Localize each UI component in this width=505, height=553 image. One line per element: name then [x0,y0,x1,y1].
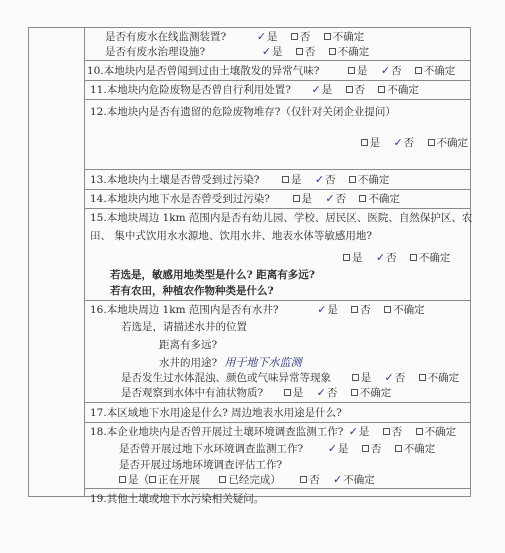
option-no-checked[interactable]: ✓否 [317,386,338,400]
option-unsure[interactable]: 不确定 [384,303,425,317]
row-q11: 11.本地块内危险废物是否曾自行利用处置? ✓是 否 不确定 [85,81,470,100]
option-no[interactable]: 否 [291,30,311,44]
option-unsure[interactable]: 不确定 [324,30,365,44]
checkbox-icon [359,195,366,202]
sub-question: 是否开展过场地环境调查评估工作? [119,458,282,472]
option-yes-checked[interactable]: ✓是 [312,83,333,97]
sub-question: 是否发生过水体混浊、颜色或气味异常等现象 [121,372,331,384]
option-no[interactable]: 否 [296,45,316,59]
checkbox-icon [219,476,226,483]
option-yes-checked[interactable]: ✓是 [349,425,370,439]
row-q10: 10.本地块内是否曾闻到过由土壤散发的异常气味? 是 ✓否 不确定 [85,61,470,81]
checkbox-icon [284,389,291,396]
checkbox-icon [300,476,307,483]
checkbox-icon [351,306,358,313]
checkbox-icon [293,195,300,202]
option-no-checked[interactable]: ✓否 [315,173,336,187]
question-text: 12.本地块内是否有遗留的危险废物堆存?（仅针对关闭企业提问） [90,105,396,119]
sub-question: 若选是，敏感用地类型是什么? 距离有多远? [110,268,315,282]
question-column: 是否有废水在线监测装置? ✓是 否 不确定 是否有废水治理设施? ✓是 否 不确… [85,28,470,496]
question-text: 13.本地块内土壤是否曾受到过污染? [90,174,259,186]
checkbox-icon [119,476,126,483]
checkbox-icon [348,67,355,74]
question-text: 14.本地块内地下水是否曾受到过污染? [90,193,270,205]
check-mark-icon: ✓ [385,371,394,384]
left-label-column [29,28,85,496]
option-no-checked[interactable]: ✓否 [325,192,346,206]
question-text: 田、 集中式饮用水水源地、饮用水井、地表水体等敏感用地? [90,229,372,243]
option-yes[interactable]: 是 [348,64,368,78]
option-no[interactable]: 否 [346,83,366,97]
check-mark-icon: ✓ [381,64,390,77]
question-text: 10.本地块内是否曾闻到过由土壤散发的异常气味? [87,65,319,77]
checkbox-icon [346,86,353,93]
option-unsure[interactable]: 不确定 [349,173,390,187]
option-yes-checked[interactable]: ✓是 [257,30,278,44]
option-no-checked[interactable]: ✓否 [381,64,402,78]
question-text: 17.本区域地下水用途是什么? 周边地表水用途是什么? [90,406,342,420]
row-wastewater: 是否有废水在线监测装置? ✓是 否 不确定 是否有废水治理设施? ✓是 否 不确… [85,28,470,61]
checkbox-icon [291,33,298,40]
checkbox-icon [349,176,356,183]
check-mark-icon: ✓ [328,442,337,455]
row-q18: 18.本企业地块内是否曾开展过土壤环境调查监测工作? ✓是 否 不确定 是否曾开… [85,423,470,489]
checkbox-icon [384,306,391,313]
handwritten-answer[interactable]: 用于地下水监测 [224,356,301,369]
checkbox-icon [282,176,289,183]
option-no[interactable]: 否 [351,303,371,317]
checkbox-icon [416,428,423,435]
check-mark-icon: ✓ [315,173,324,186]
checkbox-icon [415,67,422,74]
option-unsure[interactable]: 不确定 [351,386,392,400]
check-mark-icon: ✓ [317,303,326,316]
option-ongoing[interactable]: 正在开展 [149,473,200,487]
option-yes[interactable]: 是 [293,192,313,206]
check-mark-icon: ✓ [376,251,385,264]
option-yes-checked[interactable]: ✓是 [317,303,338,317]
check-mark-icon: ✓ [317,386,326,399]
row-q13: 13.本地块内土壤是否曾受到过污染? 是 ✓否 不确定 [85,170,470,190]
option-unsure[interactable]: 不确定 [415,64,456,78]
check-mark-icon: ✓ [262,45,271,58]
option-yes[interactable]: 是 [361,136,381,150]
checkbox-icon [296,48,303,55]
sub-question: 若有农田，种植农作物种类是什么? [110,284,274,298]
option-unsure[interactable]: 不确定 [410,251,451,265]
option-unsure[interactable]: 不确定 [419,371,460,385]
question-text: 18.本企业地块内是否曾开展过土壤环境调查监测工作? [90,426,343,438]
option-yes[interactable]: 是 [282,173,302,187]
option-no-checked[interactable]: ✓否 [376,251,397,265]
check-mark-icon: ✓ [349,425,358,438]
checkbox-icon [383,428,390,435]
checkbox-icon [149,476,156,483]
checkbox-icon [361,139,368,146]
checkbox-icon [343,254,350,261]
option-unsure-checked[interactable]: ✓不确定 [333,473,375,487]
sub-question: 若选是，请描述水井的位置 [121,320,247,334]
option-unsure[interactable]: 不确定 [378,83,419,97]
checkbox-icon [352,374,359,381]
row-q19: 19.其他土壤或地下水污染相关疑问。 [85,489,470,498]
sub-question: 是否观察到水体中有油状物质? [121,387,263,399]
option-yes[interactable]: 是 [284,386,304,400]
question-text: 11.本地块内危险废物是否曾自行利用处置? [90,84,291,96]
option-yes-checked[interactable]: ✓是 [328,442,349,456]
check-mark-icon: ✓ [393,136,402,149]
checkbox-icon [351,389,358,396]
sub-question: 水井的用途? [159,357,217,369]
survey-table: 是否有废水在线监测装置? ✓是 否 不确定 是否有废水治理设施? ✓是 否 不确… [28,27,471,497]
row-q12: 12.本地块内是否有遗留的危险废物堆存?（仅针对关闭企业提问） 是 ✓否 不确定 [85,100,470,170]
question-text: 16.本地块周边 1km 范围内是否有水井? [90,304,279,316]
check-mark-icon: ✓ [257,30,266,43]
option-no-checked[interactable]: ✓否 [393,136,414,150]
checkbox-icon [324,33,331,40]
checkbox-icon [395,445,402,452]
checkbox-icon [329,48,336,55]
checkbox-icon [419,374,426,381]
row-q15: 15.本地块周边 1km 范围内是否有幼儿园、学校、居民区、医院、自然保护区、农… [85,209,470,301]
option-unsure[interactable]: 不确定 [395,442,436,456]
option-no[interactable]: 否 [300,473,320,487]
checkbox-icon [362,445,369,452]
option-yes[interactable]: 是（ [119,473,149,487]
question-text: 是否有废水在线监测装置? [105,31,226,43]
row-q17: 17.本区域地下水用途是什么? 周边地表水用途是什么? [85,403,470,423]
option-unsure[interactable]: 不确定 [329,45,370,59]
option-yes[interactable]: 是 [343,251,363,265]
question-text: 19.其他土壤或地下水污染相关疑问。 [90,492,264,506]
sub-question: 是否曾开展过地下水环境调查监测工作? [119,443,303,455]
option-yes[interactable]: 是 [352,371,372,385]
check-mark-icon: ✓ [312,83,321,96]
checkbox-icon [378,86,385,93]
option-no[interactable]: 否 [383,425,403,439]
option-no[interactable]: 否 [362,442,382,456]
option-completed[interactable]: 已经完成） [219,473,281,487]
sub-question: 距离有多远? [159,338,217,352]
check-mark-icon: ✓ [333,473,342,486]
option-unsure[interactable]: 不确定 [359,192,400,206]
row-q16: 16.本地块周边 1km 范围内是否有水井? ✓是 否 不确定 若选是，请描述水… [85,301,470,403]
question-text: 15.本地块周边 1km 范围内是否有幼儿园、学校、居民区、医院、自然保护区、农 [90,211,472,225]
option-yes-checked[interactable]: ✓是 [262,45,283,59]
option-unsure[interactable]: 不确定 [416,425,457,439]
check-mark-icon: ✓ [325,192,334,205]
checkbox-icon [410,254,417,261]
question-text: 是否有废水治理设施? [105,46,205,58]
option-unsure[interactable]: 不确定 [428,136,469,150]
option-no-checked[interactable]: ✓否 [385,371,406,385]
row-q14: 14.本地块内地下水是否曾受到过污染? 是 ✓否 不确定 [85,190,470,209]
checkbox-icon [428,139,435,146]
